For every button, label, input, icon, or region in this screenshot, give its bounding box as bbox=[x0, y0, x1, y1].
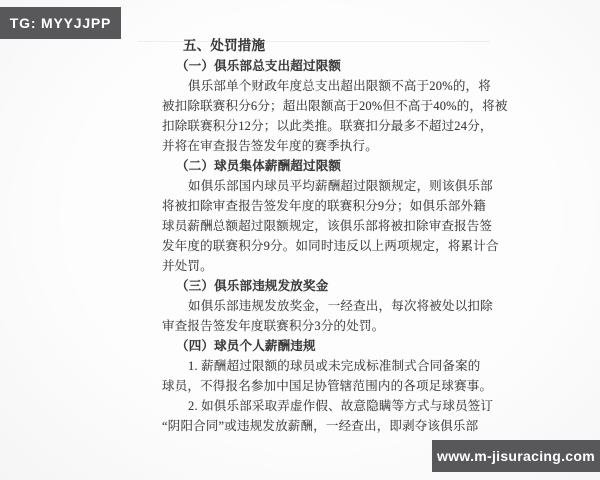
subsection-3-heading: （三）俱乐部违规发放奖金 bbox=[162, 276, 462, 296]
paragraph-line: “阴阳合同”或违规发放薪酬，一经查出，即剥夺该俱乐部 bbox=[162, 416, 462, 436]
subsection-4-heading: （四）球员个人薪酬违规 bbox=[162, 336, 462, 356]
numbered-item-1: 1. 薪酬超过限额的球员或未完成标准制式合同备案的 bbox=[162, 356, 462, 376]
paragraph-line: 扣除联赛积分12分；以此类推。联赛扣分最多不超过24分， bbox=[162, 116, 462, 136]
paragraph-line: 被扣除联赛积分6分；超出限额高于20%但不高于40%的，将被 bbox=[162, 96, 462, 116]
paragraph-line: 如俱乐部国内球员平均薪酬超过限额规定，则该俱乐部 bbox=[162, 176, 462, 196]
paragraph-line: 球员，不得报名参加中国足协管辖范围内的各项足球赛事。 bbox=[162, 376, 462, 396]
paragraph-line: 球员薪酬总额超过限额规定，该俱乐部将被扣除审查报告签 bbox=[162, 216, 462, 236]
paragraph-line: 审查报告签发年度联赛积分3分的处罚。 bbox=[162, 316, 462, 336]
numbered-item-2: 2. 如俱乐部采取弄虚作假、故意隐瞒等方式与球员签订 bbox=[162, 396, 462, 416]
watermark-telegram-badge: TG: MYYJJPP bbox=[0, 7, 121, 39]
paragraph-line: 发年度的联赛积分9分。如同时违反以上两项规定，将累计合 bbox=[162, 236, 462, 256]
paragraph-line: 并将在审查报告签发年度的赛季执行。 bbox=[162, 136, 462, 156]
paragraph-line: 俱乐部单个财政年度总支出超出限额不高于20%的，将 bbox=[162, 76, 462, 96]
document-body: 五、处罚措施 （一）俱乐部总支出超过限额 俱乐部单个财政年度总支出超出限额不高于… bbox=[162, 36, 462, 436]
paragraph-line: 并处罚。 bbox=[162, 256, 462, 276]
subsection-1-heading: （一）俱乐部总支出超过限额 bbox=[162, 56, 462, 76]
watermark-website-badge: www.m-jisuracing.com bbox=[432, 440, 600, 472]
subsection-2-heading: （二）球员集体薪酬超过限额 bbox=[162, 156, 462, 176]
paragraph-line: 将被扣除审查报告签发年度的联赛积分9分；如俱乐部外籍 bbox=[162, 196, 462, 216]
paragraph-line: 如俱乐部违规发放奖金，一经查出，每次将被处以扣除 bbox=[162, 296, 462, 316]
section-heading: 五、处罚措施 bbox=[162, 36, 462, 56]
document-photo: 五、处罚措施 （一）俱乐部总支出超过限额 俱乐部单个财政年度总支出超出限额不高于… bbox=[0, 0, 600, 480]
